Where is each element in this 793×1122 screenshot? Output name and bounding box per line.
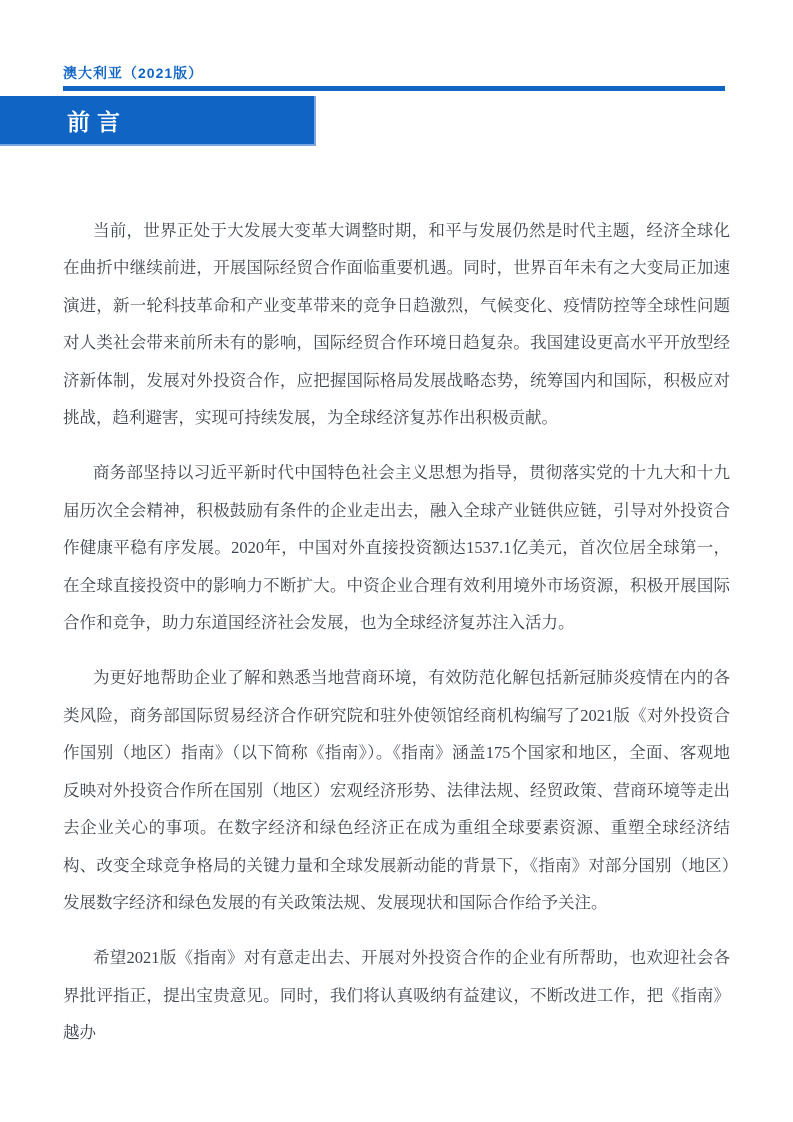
preface-content: 当前，世界正处于大发展大变革大调整时期，和平与发展仍然是时代主题，经济全球化在曲… <box>63 212 730 1052</box>
paragraph-2: 商务部坚持以习近平新时代中国特色社会主义思想为指导，贯彻落实党的十九大和十九届历… <box>63 454 730 641</box>
running-header-title: 澳大利亚（2021版） <box>63 63 203 83</box>
paragraph-4: 希望2021版《指南》对有意走出去、开展对外投资合作的企业有所帮助，也欢迎社会各… <box>63 939 730 1051</box>
paragraph-3: 为更好地帮助企业了解和熟悉当地营商环境，有效防范化解包括新冠肺炎疫情在内的各类风… <box>63 659 730 921</box>
header-divider <box>63 86 725 91</box>
paragraph-1: 当前，世界正处于大发展大变革大调整时期，和平与发展仍然是时代主题，经济全球化在曲… <box>63 212 730 436</box>
section-title: 前言 <box>67 104 127 137</box>
section-banner: 前言 <box>0 96 316 146</box>
document-page: 澳大利亚（2021版） 前言 当前，世界正处于大发展大变革大调整时期，和平与发展… <box>0 0 793 1122</box>
